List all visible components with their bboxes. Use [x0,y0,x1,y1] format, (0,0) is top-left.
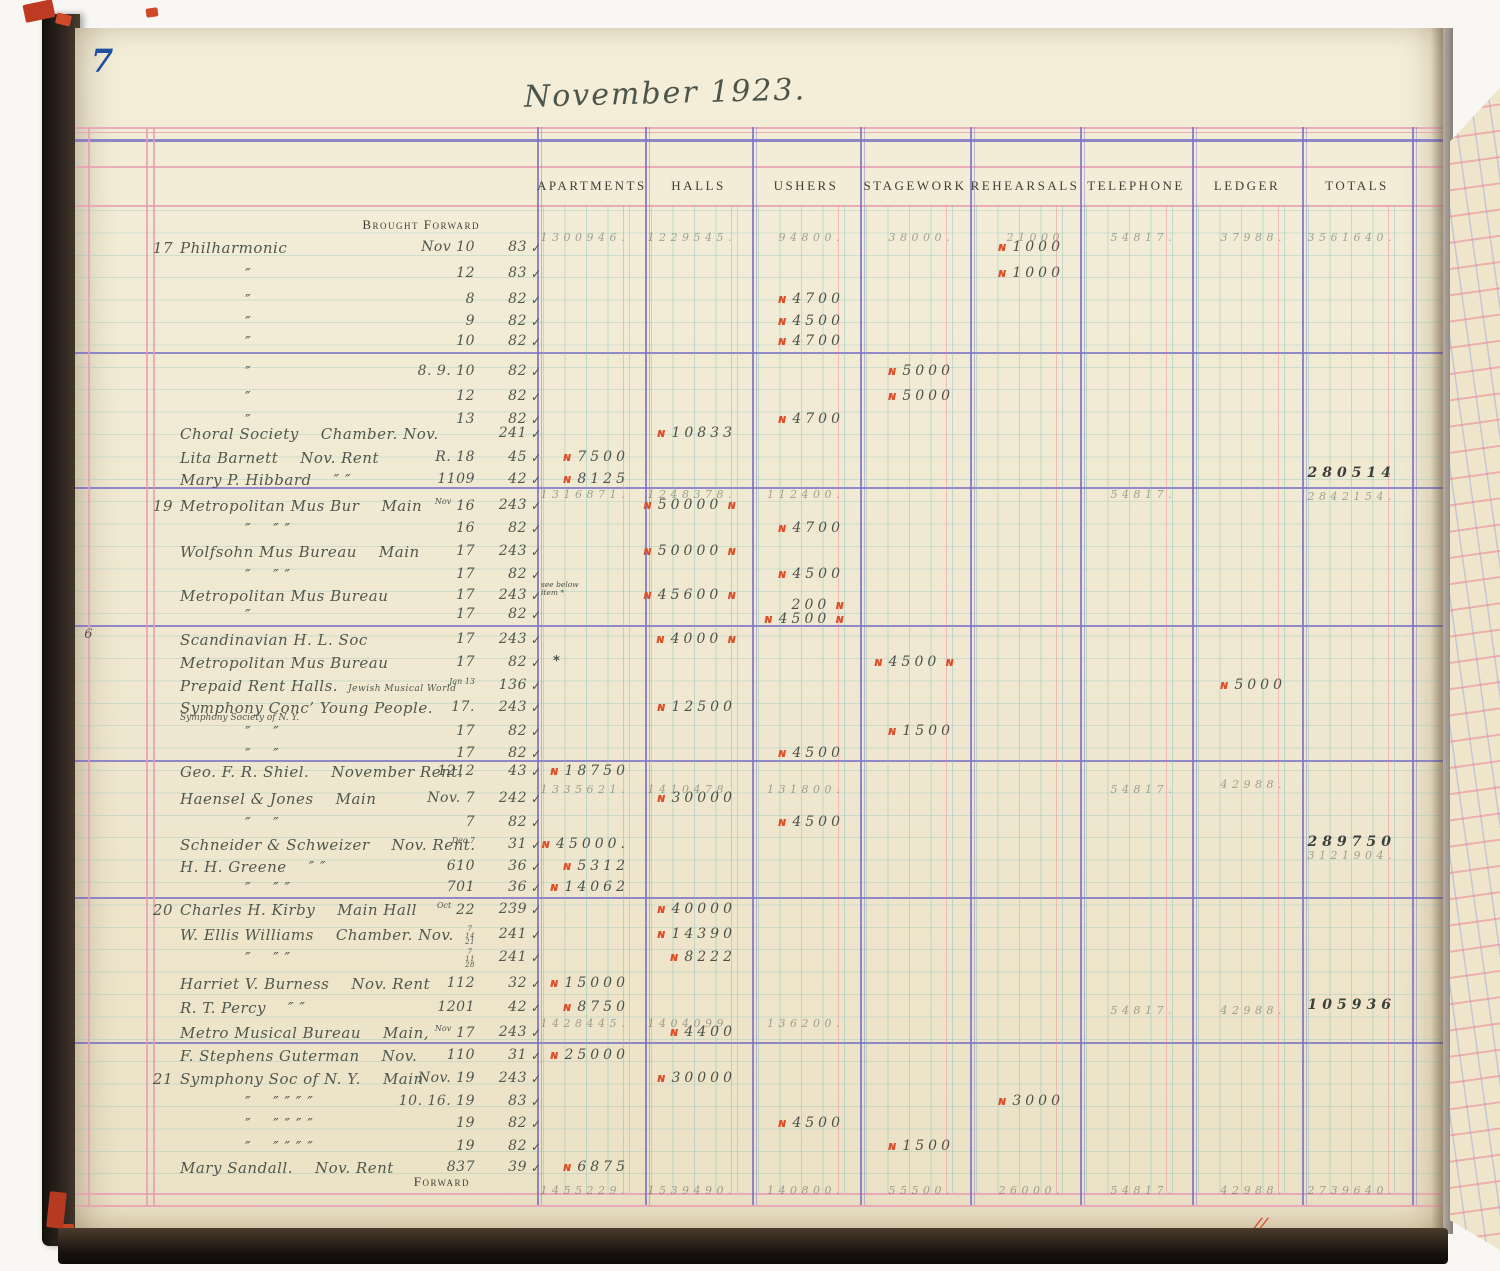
entry-folio: 242 [479,790,527,806]
binding-red-fabric [145,7,158,18]
entry-folio: 82 [479,333,527,349]
amount: ɴ1500 [864,723,954,739]
column-header-halls: HALLS [645,178,752,198]
amount: ɴ4700 [756,291,844,307]
check-icon: ✓ [531,816,541,830]
amount-value: 280514 [1308,465,1396,481]
amount-value: 4000 [671,631,723,647]
column-header-rehearsals: REHEARSALS [970,178,1080,198]
amount: ɴ6875 [541,1159,629,1175]
amount: ɴ30000 [649,1070,736,1086]
horizontal-rule [75,127,1443,129]
day-number: 19 [127,497,173,515]
check-icon: ✓ [531,633,541,647]
entry-date: 837 [375,1159,475,1175]
amount: ɴ1500 [864,1138,954,1154]
amount: ɴ5000 [864,363,954,379]
entry-date: Nov 10 [375,239,475,255]
amount: ɴ15000 [541,975,629,991]
amount-value: 25000 [564,1047,629,1063]
entry-folio: 82 [479,291,527,307]
entry-date: 16 [375,520,475,536]
amount: ɴ5312 [541,858,629,874]
amount: ɴ50000ɴ [649,497,736,513]
check-icon: ✓ [531,522,541,536]
red-tick-icon: ɴ [765,612,773,626]
amount-value: 4500 [779,611,831,627]
amount: 280514 [1306,465,1396,481]
amount-value: 3121904. [1308,849,1397,862]
amount-value: 1500 [902,1138,954,1154]
entry-folio: 241 [479,949,527,965]
entry-name: Mary Sandall.Nov. Rent [180,1159,394,1177]
red-tick-icon: ɴ [551,880,559,894]
amount-value: 4500 [792,313,844,329]
entry-name: ″ [245,313,251,331]
entry-date: 9 [375,313,475,329]
check-icon: ✓ [531,903,541,917]
amount: ɴ4500 [756,313,844,329]
entry-name: Philharmonic [180,239,287,257]
amount: ɴ14390 [649,926,736,942]
entry-date: Oct 22 [375,901,475,918]
ledger-row: Symphony Conc’ Young People.Symphony Soc… [75,699,1443,721]
entry-date: Nov 16 [375,497,475,514]
horizontal-rule [75,132,1443,133]
ledger-row: ″1283✓ [75,265,1443,287]
entry-date: 701 [375,879,475,895]
check-icon: ✓ [531,838,541,852]
check-icon: ✓ [531,977,541,991]
entry-name: ″″ [245,814,279,832]
ledger-row: Mary Sandall.Nov. Rent83739✓ [75,1159,1443,1181]
check-icon: ✓ [531,792,541,806]
amount-value: 1539490. [648,1184,737,1197]
entry-name: ″″ ″ ″ ″ [245,1138,313,1156]
amount-value: 5000 [1234,677,1286,693]
horizontal-rule [75,166,1443,168]
red-tick-icon: ɴ [779,567,787,581]
red-tick-icon: ɴ [779,521,787,535]
entry-folio: 82 [479,814,527,830]
entry-folio: 36 [479,858,527,874]
amount-value: 4500 [792,745,844,761]
check-icon: ✓ [531,608,541,622]
day-number: 17 [127,239,173,257]
check-icon: ✓ [531,365,541,379]
entry-name: ″ [245,333,251,351]
entry-folio: 39 [479,1159,527,1175]
entry-name: ″″ [245,745,279,763]
amount: ɴ4500 [756,1115,844,1131]
amount-value: 1000 [1012,239,1064,255]
entry-folio: 243 [479,543,527,559]
entry-date: 8 [375,291,475,307]
red-tick-icon: ɴ [889,1139,897,1153]
amount: 54817. [1084,1184,1176,1197]
ledger-row: Metropolitan Mus Bureau1782✓* [75,654,1443,676]
page-title: November 1923. [470,71,861,116]
ledger-row: 17PhilharmonicNov 1083✓ [75,239,1443,261]
amount: 140800. [756,1184,844,1197]
entry-name: Lita BarnettNov. Rent [180,449,379,467]
ledger-row: ″″ ″ ″ ″1982✓ [75,1138,1443,1160]
check-icon: ✓ [531,427,541,441]
day-number: 20 [127,901,173,919]
ledger-row: Harriet V. BurnessNov. Rent11232✓ [75,975,1443,997]
amount-value: 14062 [564,879,629,895]
amount-value: 3000 [1012,1093,1064,1109]
entry-folio: 82 [479,745,527,761]
amount: ɴ18750 [541,763,629,779]
check-icon: ✓ [531,725,541,739]
red-tick-icon: ɴ [946,655,954,669]
entry-date: R. 18 [375,449,475,465]
entry-name: ″″ ″ [245,520,291,538]
entry-date: 17. [375,699,475,715]
amount: ɴ4500 [756,745,844,761]
ledger-row: Choral SocietyChamber. Nov.241✓ [75,425,1443,447]
entry-date: 17 [375,631,475,647]
amount-value: 2739640. [1308,1184,1397,1197]
amount-value: 14390 [671,926,736,942]
check-icon: ✓ [531,545,541,559]
check-icon: ✓ [531,1117,541,1131]
ledger-row: Schneider & SchweizerNov. Rent.Dec 7 31✓ [75,836,1443,858]
day-number: 21 [127,1070,173,1088]
column-header-totals: TOTALS [1302,178,1412,198]
entry-name: Scandinavian H. L. Soc [180,631,368,649]
red-tick-icon: ɴ [999,240,1007,254]
red-tick-icon: ɴ [779,746,787,760]
red-tick-icon: ɴ [779,292,787,306]
amount-value: 8750 [577,999,629,1015]
check-icon: ✓ [531,1140,541,1154]
amount-value: 4500 [889,654,941,670]
entry-date: 19 [375,1138,475,1154]
entry-date: Nov. 7 [375,790,475,806]
check-icon: ✓ [531,928,541,942]
entry-date: 17 [375,566,475,582]
entry-folio: 82 [479,654,527,670]
amount-value: 45000. [556,836,629,852]
amount-value: 50000 [658,497,723,513]
entry-date: Nov. 19 [375,1070,475,1086]
entry-date: 17 [375,587,475,603]
check-icon: ✓ [531,747,541,761]
amount: 289750 [1306,834,1396,850]
red-tick-icon: ɴ [779,412,787,426]
ledger-row: W. Ellis WilliamsChamber. Nov.71421241✓ [75,926,1443,948]
amount: ɴ25000 [541,1047,629,1063]
entry-folio: 82 [479,606,527,622]
amount-value: 5000 [902,388,954,404]
entry-folio: 43 [479,763,527,779]
check-icon: ✓ [531,1072,541,1086]
amount-value: 289750 [1308,834,1396,850]
ledger-page: 7 November 1923. Brought Forward Forward… [75,28,1443,1230]
entry-subtext: Symphony Society of N. Y. [180,713,299,723]
entry-folio: 239 [479,901,527,917]
check-icon: ✓ [531,679,541,693]
entry-date: 71421 [375,926,475,946]
star-icon: * [553,654,560,669]
entry-name: ″ [245,363,251,381]
check-icon: ✓ [531,589,541,603]
ledger-row: Haensel & JonesMainNov. 7242✓ [75,790,1443,812]
check-icon: ✓ [531,315,541,329]
entry-name: ″″ ″ ″ ″ [245,1115,313,1133]
margin-note: 6 [75,627,93,642]
check-icon: ✓ [531,1026,541,1040]
amount-value: 4500 [792,566,844,582]
check-icon: ✓ [531,701,541,715]
check-icon: ✓ [531,267,541,281]
red-tick-icon: ɴ [658,791,666,805]
ledger-row: F. Stephens GutermanNov.11031✓ [75,1047,1443,1069]
amount-value: 8222 [684,949,736,965]
entry-date: 17 [375,606,475,622]
amount-value: 4500 [792,1115,844,1131]
amount: ɴ4400 [649,1024,736,1040]
check-icon: ✓ [531,656,541,670]
amount-value: 4700 [792,291,844,307]
entry-name: ″ [245,388,251,406]
red-tick-icon: ɴ [779,334,787,348]
red-tick-icon: ɴ [728,544,736,558]
amount-value: 140800. [767,1184,844,1197]
amount: ɴ4500ɴ [864,654,954,670]
see-note: see below item * [541,581,585,597]
entry-folio: 136 [479,677,527,693]
entry-folio: 243 [479,699,527,715]
ledger-row: 6Scandinavian H. L. Soc17243✓ [75,631,1443,653]
check-icon: ✓ [531,765,541,779]
red-tick-icon: ɴ [564,1160,572,1174]
entry-name: ″″ ″ [245,879,291,897]
entry-date: 10 [375,333,475,349]
amount: 105936 [1306,997,1396,1013]
red-tick-icon: ɴ [644,588,652,602]
entry-date: 110 [375,1047,475,1063]
amount: 26000. [974,1184,1064,1197]
column-header-ledger: LEDGER [1192,178,1302,198]
entry-date: 7 [375,814,475,830]
ledger-row: H. H. Greene″ ″61036✓ [75,858,1443,880]
red-tick-icon: ɴ [564,450,572,464]
red-tick-icon: ɴ [658,902,666,916]
horizontal-rule [75,139,1443,142]
entry-folio: 42 [479,999,527,1015]
entry-folio: 243 [479,497,527,513]
entry-folio: 243 [479,587,527,603]
entry-date: 17 [375,543,475,559]
book-bottom-edge [58,1228,1448,1264]
red-tick-icon: ɴ [836,612,844,626]
page-number: 7 [91,42,113,80]
entry-date: Jan 13 [375,677,475,694]
amount-value: 10833 [671,425,736,441]
page-fold-shadow [1431,28,1453,1234]
amount-value: 4400 [684,1024,736,1040]
red-tick-icon: ɴ [564,1000,572,1014]
red-tick-icon: ɴ [658,700,666,714]
amount-value: 45600 [658,587,723,603]
amount-value: 12500 [671,699,736,715]
ledger-row: 20Charles H. KirbyMain HallOct 22239✓ [75,901,1443,923]
amount: ɴ45600ɴ [649,587,736,603]
entry-date: 8. 9. 10 [375,363,475,379]
amount: ɴ12500 [649,699,736,715]
amount-value: 30000 [671,1070,736,1086]
amount: ɴ4500 [756,566,844,582]
ledger-row: ″″ ″70136✓ [75,879,1443,901]
entry-folio: 82 [479,1138,527,1154]
entry-date: Dec 7 [375,836,475,853]
red-tick-icon: ɴ [671,1025,679,1039]
amount-value: 4700 [792,333,844,349]
entry-folio: 243 [479,631,527,647]
ledger-row: ″″1782✓ [75,723,1443,745]
entry-folio: 83 [479,239,527,255]
check-icon: ✓ [531,951,541,965]
entry-folio: 83 [479,265,527,281]
amount-value: 105936 [1308,997,1396,1013]
amount: ɴ3000 [974,1093,1064,1109]
photo-backdrop: 7 November 1923. Brought Forward Forward… [0,0,1500,1271]
entry-name: ″″ [245,723,279,741]
ledger-row: Wolfsohn Mus BureauMain17243✓ [75,543,1443,565]
amount-value: 30000 [671,790,736,806]
entry-date: 17 [375,654,475,670]
amount: 1539490. [649,1184,736,1197]
entry-folio: 82 [479,1115,527,1131]
red-tick-icon: ɴ [551,764,559,778]
amount: ɴ30000 [649,790,736,806]
amount-value: 5312 [577,858,629,874]
red-tick-icon: ɴ [999,1094,1007,1108]
check-icon: ✓ [531,451,541,465]
check-icon: ✓ [531,1001,541,1015]
red-tick-icon: ɴ [875,655,883,669]
red-tick-icon: ɴ [551,976,559,990]
check-icon: ✓ [531,1161,541,1175]
red-tick-icon: ɴ [657,632,665,646]
entry-folio: 82 [479,723,527,739]
entry-folio: 32 [479,975,527,991]
ledger-row: Metro Musical BureauMain,Nov 17243✓ [75,1024,1443,1046]
red-tick-icon: ɴ [658,426,666,440]
amount: ɴ1000 [974,265,1064,281]
amount: ɴ4700 [756,520,844,536]
amount-value: 1500 [902,723,954,739]
entry-date: Nov 17 [375,1024,475,1041]
amount: ɴ50000ɴ [649,543,736,559]
entry-folio: 45 [479,449,527,465]
red-tick-icon: ɴ [644,498,652,512]
entry-date: 17 [375,723,475,739]
amount: ɴ4000ɴ [649,631,736,647]
entry-date: 19 [375,1115,475,1131]
entry-date: 10. 16. 19 [375,1093,475,1109]
red-tick-icon: ɴ [542,837,550,851]
red-tick-icon: ɴ [1221,678,1229,692]
entry-name: Metropolitan Mus Bureau [180,654,388,672]
check-icon: ✓ [531,1095,541,1109]
amount: ɴ7500 [541,449,629,465]
entry-date: 610 [375,858,475,874]
entry-date: 112 [375,975,475,991]
red-tick-icon: ɴ [728,632,736,646]
red-tick-icon: ɴ [658,1071,666,1085]
red-tick-icon: ɴ [889,724,897,738]
amount: ɴ4500ɴ [756,611,844,627]
entry-folio: 82 [479,566,527,582]
entry-name: ″ [245,291,251,309]
check-icon: ✓ [531,390,541,404]
entry-folio: 241 [479,926,527,942]
red-tick-icon: ɴ [564,472,572,486]
red-tick-icon: ɴ [564,859,572,873]
entry-name: Choral SocietyChamber. Nov. [180,425,439,443]
amount: ɴ4500 [756,814,844,830]
check-icon: ✓ [531,293,541,307]
entry-folio: 243 [479,1070,527,1086]
amount: ɴ14062 [541,879,629,895]
amount-value: 55500. [889,1184,955,1197]
amount-value: 40000 [671,901,736,917]
amount: ɴ4700 [756,333,844,349]
ledger-row: 19Metropolitan Mus BurMainNov 16243✓ [75,497,1443,519]
entry-folio: 31 [479,1047,527,1063]
red-tick-icon: ɴ [779,1116,787,1130]
amount: ɴ5000 [1196,677,1286,693]
red-tick-icon: ɴ [836,598,844,612]
entry-folio: 243 [479,1024,527,1040]
amount-value: 50000 [658,543,723,559]
amount: ɴ1000 [974,239,1064,255]
red-tick-icon: ɴ [889,364,897,378]
horizontal-rule [75,1205,1443,1207]
amount: ɴ10833 [649,425,736,441]
amount-value: 1455229. [541,1184,630,1197]
red-tick-icon: ɴ [779,314,787,328]
amount: ɴ8750 [541,999,629,1015]
column-header-stagework: STAGEWORK [860,178,970,198]
entry-date: 1201 [375,999,475,1015]
entry-date: 1212 [375,763,475,779]
column-header-telephone: TELEPHONE [1080,178,1192,198]
red-tick-icon: ɴ [728,588,736,602]
amount-value: 18750 [564,763,629,779]
check-icon: ✓ [531,335,541,349]
entry-date: 71128 [375,949,475,969]
entry-folio: 36 [479,879,527,895]
amount-value: 6875 [577,1159,629,1175]
entry-folio: 83 [479,1093,527,1109]
entry-folio: 31 [479,836,527,852]
amount: 2739640. [1306,1184,1396,1197]
amount: 55500. [864,1184,954,1197]
check-icon: ✓ [531,499,541,513]
amount: ɴ40000 [649,901,736,917]
entry-name: ″ [245,606,251,624]
entry-name: ″″ ″ ″ ″ [245,1093,313,1111]
red-tick-icon: ɴ [551,1048,559,1062]
adjacent-page [1450,58,1500,1250]
entry-name: H. H. Greene″ ″ [180,858,326,876]
entry-name: ″ [245,265,251,283]
